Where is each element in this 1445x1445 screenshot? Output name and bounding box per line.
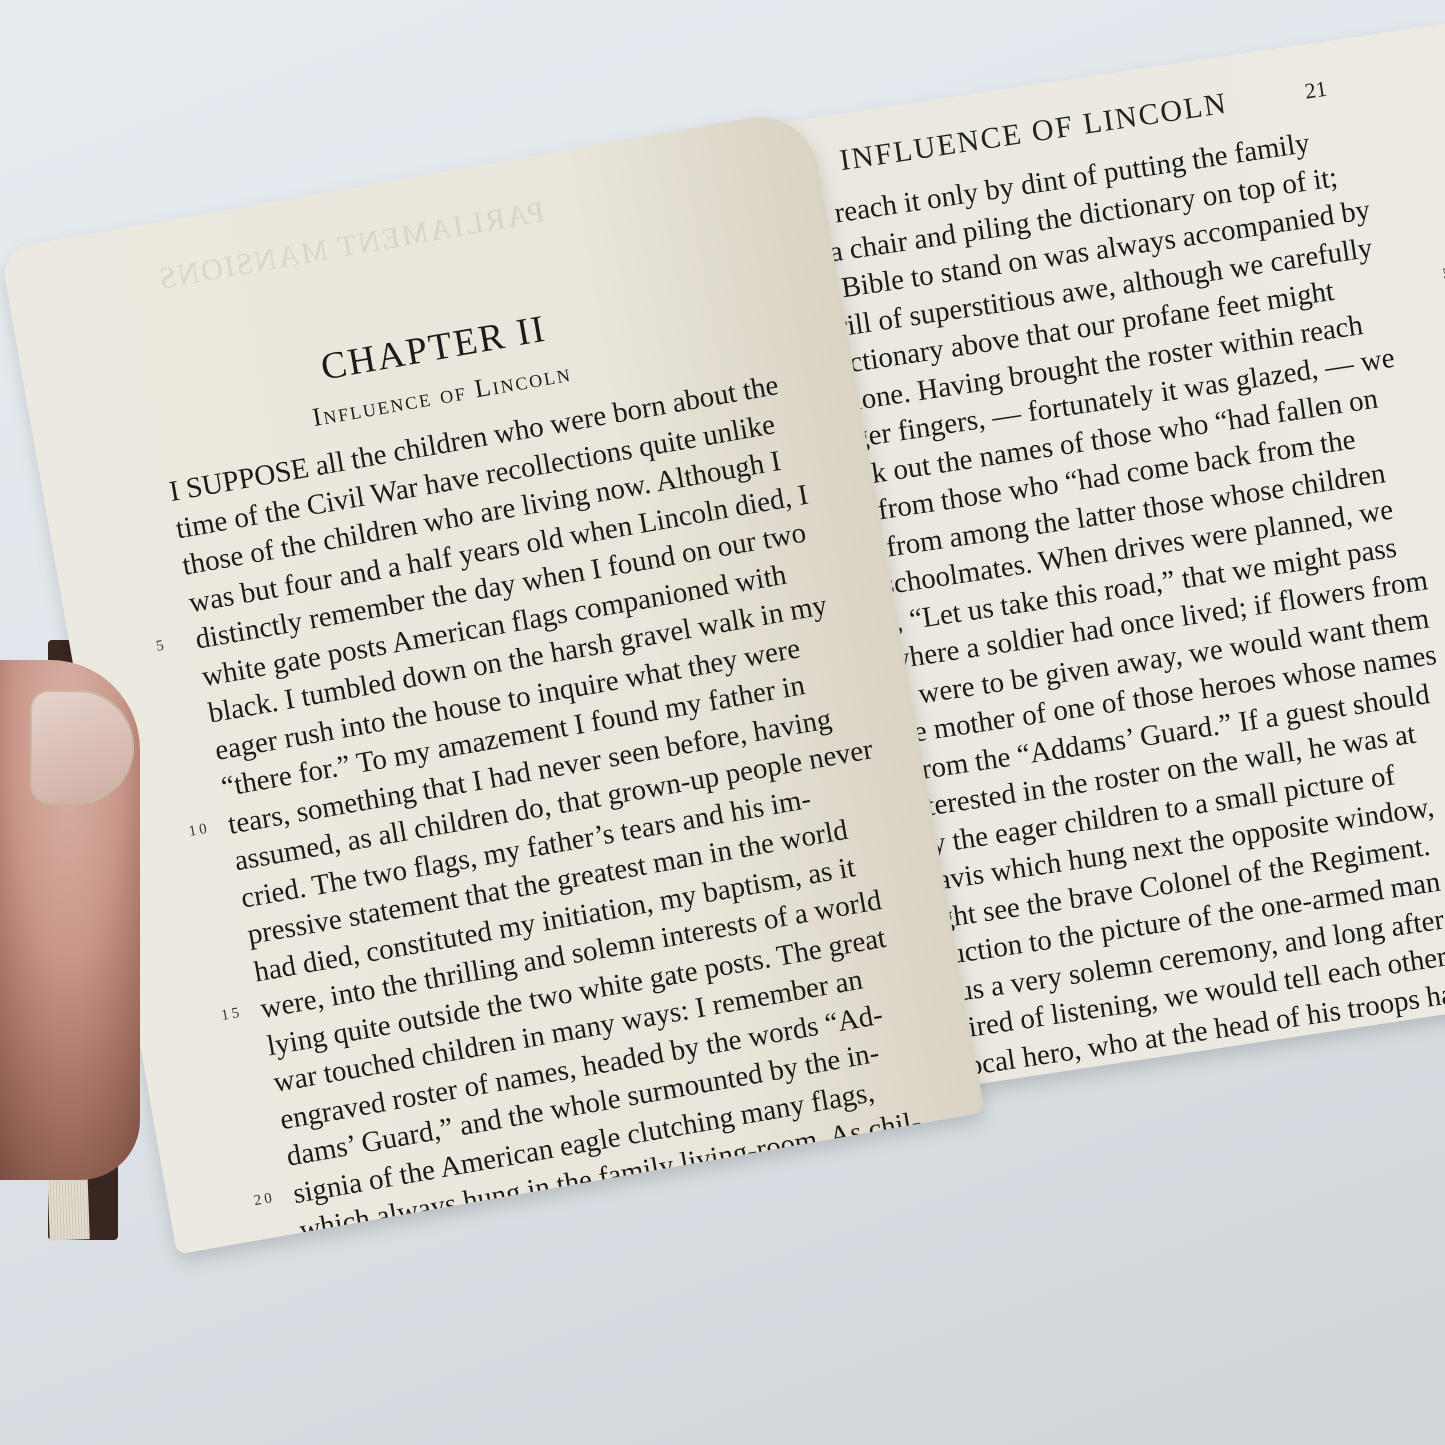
line-number: 10: [186, 810, 213, 851]
page-number: 20: [603, 1247, 629, 1255]
left-page-text: I SUPPOSE all the children who were born…: [167, 354, 985, 1255]
line-number: 5: [153, 627, 170, 666]
left-page: PARLIAMENT MANSIONS CHAPTER II Influence…: [0, 108, 985, 1255]
line-number: 5: [1440, 255, 1445, 294]
page-number: 21: [1303, 76, 1329, 105]
bleed-through-heading: PARLIAMENT MANSIONS: [155, 195, 547, 297]
line-number: 15: [218, 995, 245, 1036]
line-number: 20: [251, 1179, 278, 1220]
